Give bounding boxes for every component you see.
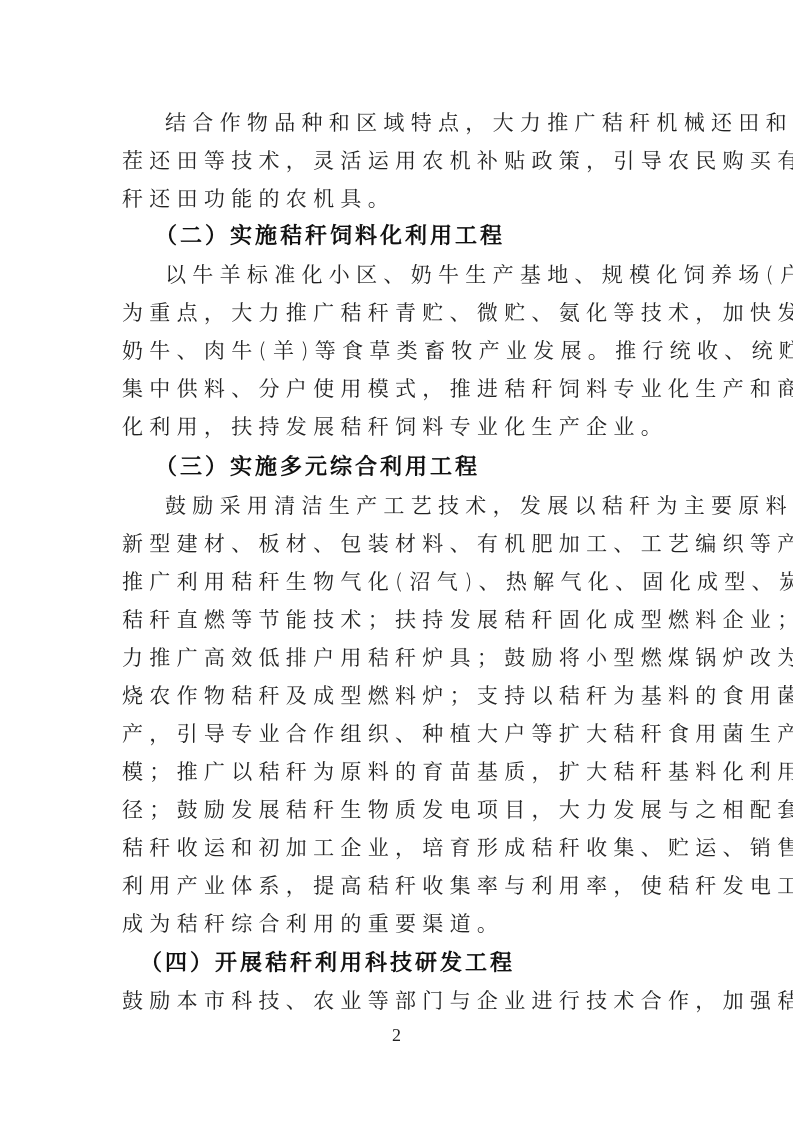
paragraph-line: 秸秆收运和初加工企业，培育形成秸秆收集、贮运、销售、 [122,833,682,863]
paragraph-line: 奶牛、肉牛(羊)等食草类畜牧产业发展。推行统收、统贮、 [122,336,682,366]
page-number: 2 [0,1024,793,1046]
document-page: 结合作物品种和区域特点，大力推广秸秆机械还田和灭 茬还田等技术，灵活运用农机补贴… [0,0,793,1122]
paragraph-line: 为重点，大力推广秸秆青贮、微贮、氨化等技术，加快发展 [122,298,682,328]
paragraph-line: 新型建材、板材、包装材料、有机肥加工、工艺编织等产业； [122,529,682,559]
paragraph-line: 径；鼓励发展秸秆生物质发电项目，大力发展与之相配套的 [122,795,682,825]
section-heading-4: （四）开展秸秆利用科技研发工程 [140,948,515,980]
section-heading-2: （二）实施秸秆饲料化利用工程 [155,221,505,253]
paragraph-line: 秆还田功能的农机具。 [122,184,682,214]
paragraph-line: 模；推广以秸秆为原料的育苗基质，扩大秸秆基料化利用途 [122,757,682,787]
paragraph-line: 集中供料、分户使用模式，推进秸秆饲料专业化生产和商品 [122,374,682,404]
paragraph-line: 化利用，扶持发展秸秆饲料专业化生产企业。 [122,412,682,442]
paragraph-line: 茬还田等技术，灵活运用农机补贴政策，引导农民购买有秸 [122,146,682,176]
paragraph-line: 力推广高效低排户用秸秆炉具；鼓励将小型燃煤锅炉改为燃 [122,643,682,673]
paragraph-line: 产，引导专业合作组织、种植大户等扩大秸秆食用菌生产规 [122,719,682,749]
paragraph-line: 秸秆直燃等节能技术；扶持发展秸秆固化成型燃料企业；大 [122,605,682,635]
section-heading-3: （三）实施多元综合利用工程 [155,452,480,484]
paragraph-line: 推广利用秸秆生物气化(沼气)、热解气化、固化成型、炭化、 [122,567,682,597]
paragraph-line: 结合作物品种和区域特点，大力推广秸秆机械还田和灭 [165,108,725,138]
paragraph-line: 成为秸秆综合利用的重要渠道。 [122,909,682,939]
paragraph-line: 以牛羊标准化小区、奶牛生产基地、规模化饲养场(户) [165,260,725,290]
paragraph-line: 烧农作物秸秆及成型燃料炉；支持以秸秆为基料的食用菌生 [122,681,682,711]
paragraph-line: 鼓励采用清洁生产工艺技术，发展以秸秆为主要原料的 [165,491,725,521]
paragraph-line: 鼓励本市科技、农业等部门与企业进行技术合作，加强秸秆 [122,986,682,1016]
paragraph-line: 利用产业体系，提高秸秆收集率与利用率，使秸秆发电工程 [122,871,682,901]
